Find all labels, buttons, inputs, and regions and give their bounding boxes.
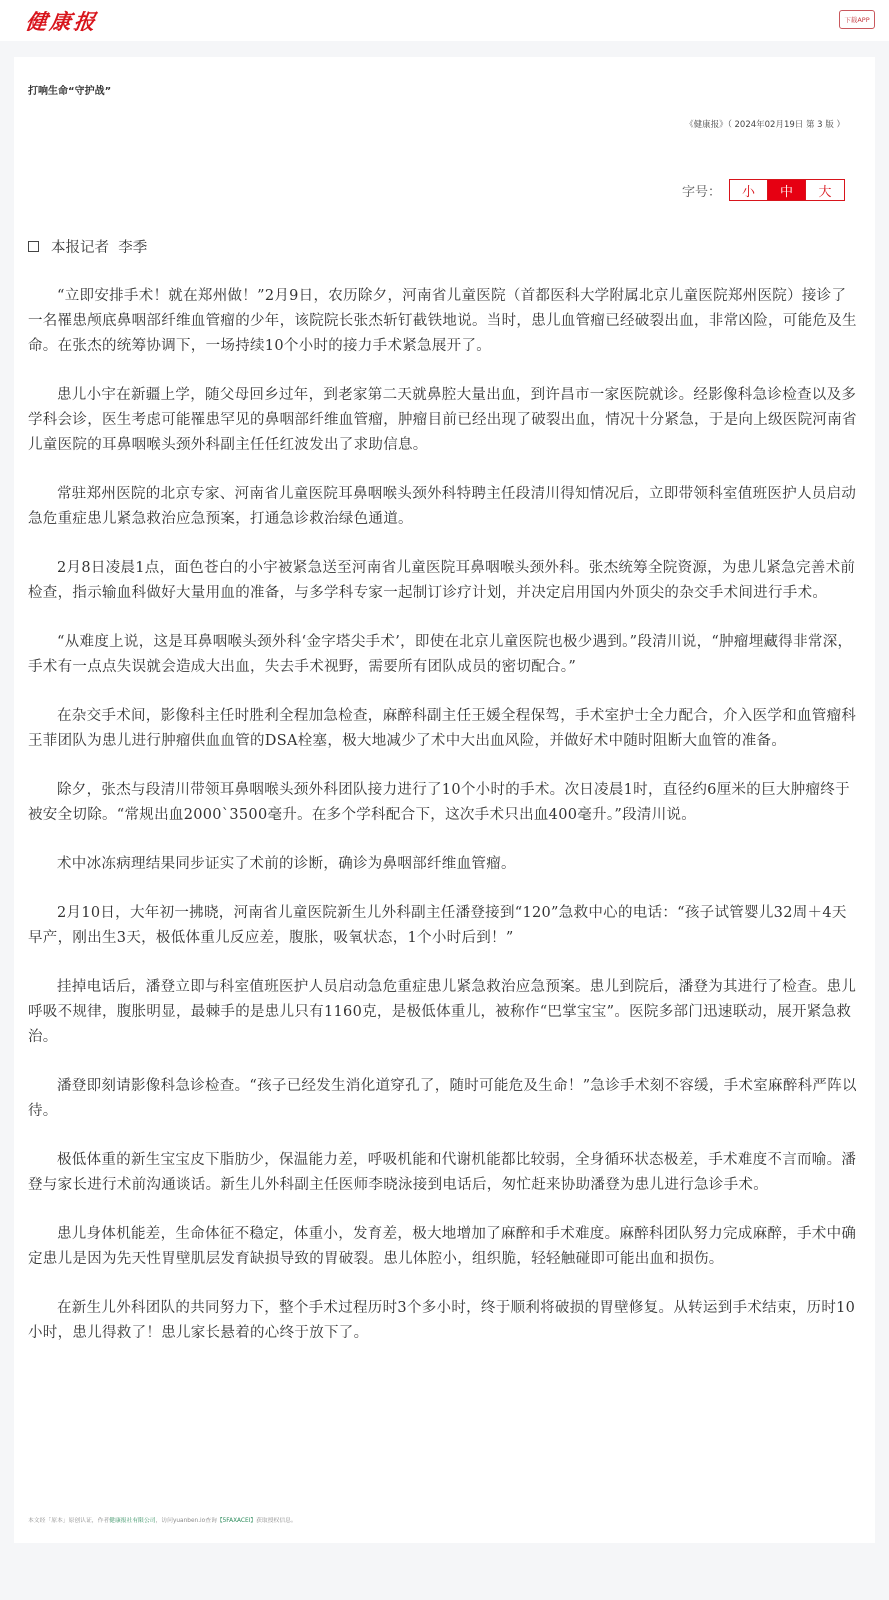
top-bar: 健康报 下载APP	[0, 0, 889, 41]
paragraph: 潘登即刻请影像科急诊检查。“孩子已经发生消化道穿孔了，随时可能危及生命！”急诊手…	[28, 1074, 858, 1124]
paragraph: “从难度上说，这是耳鼻咽喉头颈外科‘金字塔尖手术’，即使在北京儿童医院也极少遇到…	[28, 630, 858, 680]
font-size-options: 小 中 大	[729, 179, 845, 201]
font-size-label: 字号：	[682, 181, 721, 200]
credit-prefix: 本文经「原本」原创认证，作者	[28, 1518, 109, 1524]
paragraph: 在杂交手术间，影像科主任时胜利全程加急检查，麻醉科副主任王媛全程保驾，手术室护士…	[28, 704, 858, 754]
copyright-credit: 本文经「原本」原创认证，作者健康报社有限公司，访问yuanben.io查询【5F…	[28, 1515, 297, 1524]
font-size-medium-button[interactable]: 中	[768, 180, 806, 200]
paragraph: 术中冰冻病理结果同步证实了术前的诊断，确诊为鼻咽部纤维血管瘤。	[28, 852, 858, 877]
article-source: 《健康报》（ 2024年02月19日 第 3 版 ）	[685, 118, 845, 130]
paragraph: 2月10日，大年初一拂晓，河南省儿童医院新生儿外科副主任潘登接到“120”急救中…	[28, 901, 858, 951]
paragraph: 极低体重的新生宝宝皮下脂肪少，保温能力差，呼吸机能和代谢机能都比较弱，全身循环状…	[28, 1148, 858, 1198]
credit-author-link[interactable]: 健康报社有限公司	[109, 1518, 155, 1524]
credit-middle: ，访问yuanben.io查询	[156, 1518, 217, 1524]
font-size-small-button[interactable]: 小	[730, 180, 768, 200]
square-bullet-icon	[28, 241, 39, 252]
byline-text: 本报记者 李季	[51, 236, 147, 257]
paragraph: “立即安排手术！就在郑州做！”2月9日，农历除夕，河南省儿童医院（首都医科大学附…	[28, 284, 858, 359]
paragraph: 挂掉电话后，潘登立即与科室值班医护人员启动急危重症患儿紧急救治应急预案。患儿到院…	[28, 975, 858, 1050]
byline: 本报记者 李季	[28, 236, 147, 257]
font-size-large-button[interactable]: 大	[806, 180, 844, 200]
credit-code-link[interactable]: 【5FAXACEI】	[217, 1518, 256, 1524]
paragraph: 患儿身体机能差，生命体征不稳定，体重小，发育差，极大地增加了麻醉和手术难度。麻醉…	[28, 1222, 858, 1272]
download-app-button[interactable]: 下载APP	[839, 10, 875, 29]
paragraph: 除夕，张杰与段清川带领耳鼻咽喉头颈外科团队接力进行了10个小时的手术。次日凌晨1…	[28, 778, 858, 828]
paragraph: 2月8日凌晨1点，面色苍白的小宇被紧急送至河南省儿童医院耳鼻咽喉头颈外科。张杰统…	[28, 556, 858, 606]
article-card: 打响生命“守护战” 《健康报》（ 2024年02月19日 第 3 版 ） 字号：…	[14, 57, 875, 1543]
article-title: 打响生命“守护战”	[28, 82, 111, 97]
paragraph: 常驻郑州医院的北京专家、河南省儿童医院耳鼻咽喉头颈外科特聘主任段清川得知情况后，…	[28, 482, 858, 532]
credit-suffix: 获取授权信息。	[256, 1518, 297, 1524]
article-body: “立即安排手术！就在郑州做！”2月9日，农历除夕，河南省儿童医院（首都医科大学附…	[28, 284, 858, 1370]
font-size-control: 字号： 小 中 大	[682, 179, 845, 201]
paragraph: 在新生儿外科团队的共同努力下，整个手术过程历时3个多小时，终于顺利将破损的胃壁修…	[28, 1296, 858, 1346]
paragraph: 患儿小宇在新疆上学，随父母回乡过年，到老家第二天就鼻腔大量出血，到许昌市一家医院…	[28, 383, 858, 458]
site-logo[interactable]: 健康报	[24, 6, 100, 36]
